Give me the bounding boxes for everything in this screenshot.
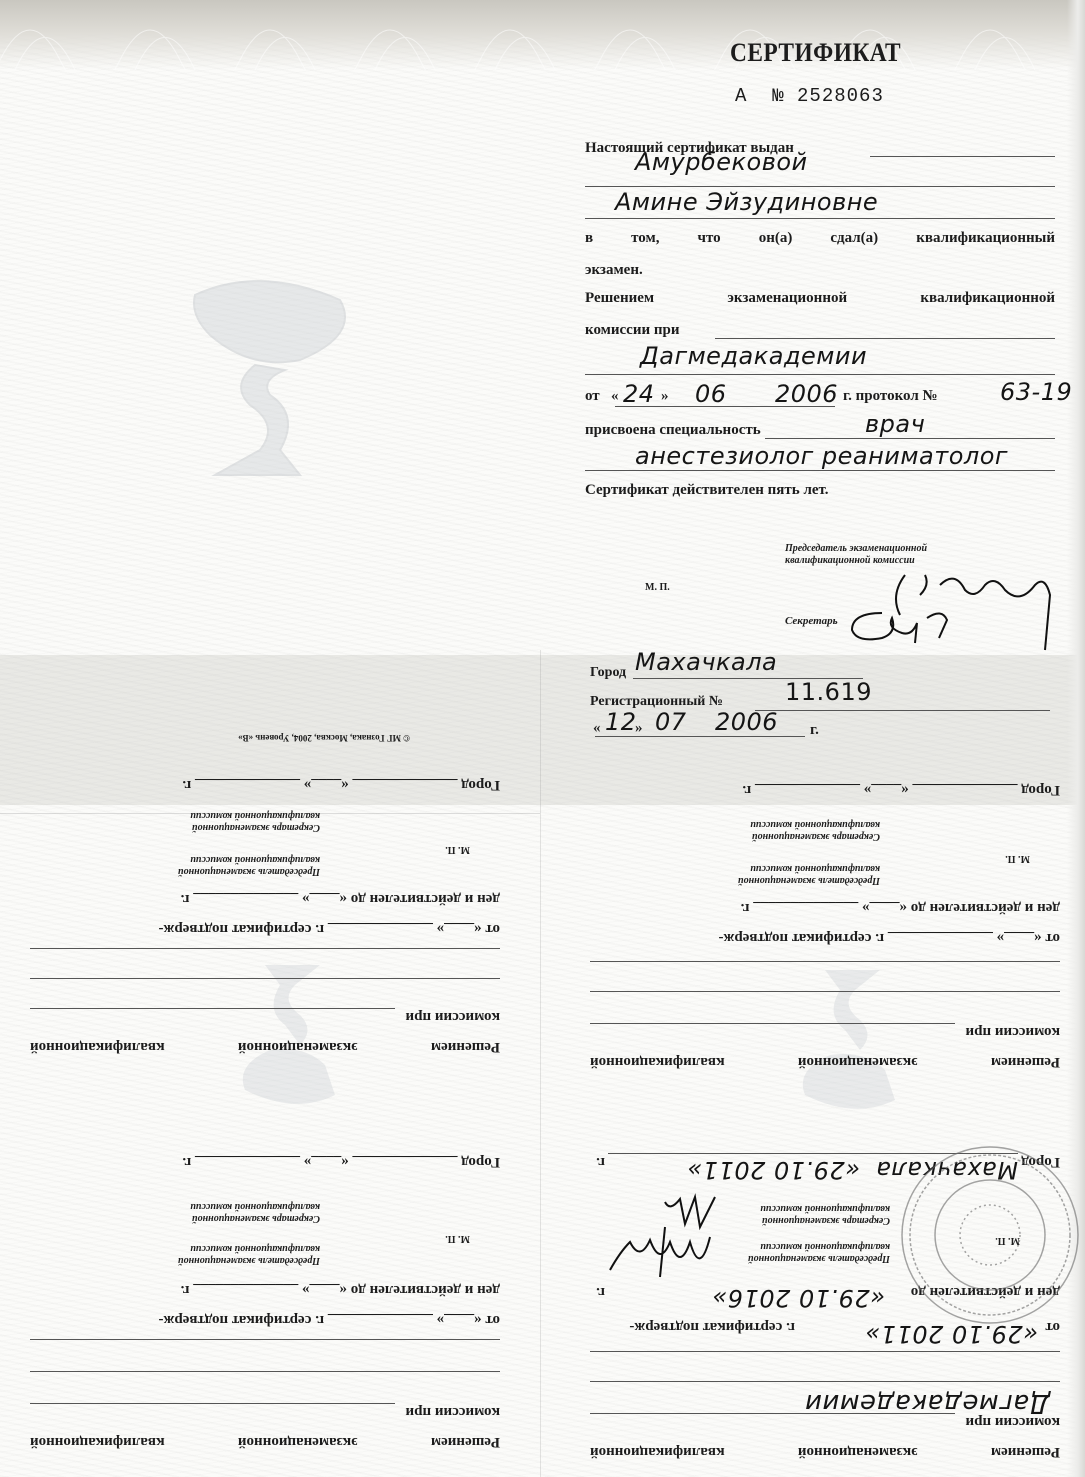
reg-date-day: 12 — [605, 708, 637, 736]
year-suffix: г. — [596, 1283, 605, 1300]
fill-line — [590, 991, 1060, 992]
decision-line-2: комиссии при — [406, 1008, 501, 1025]
confirm-line-1: от «____» ______________ г. сертификат п… — [719, 929, 1061, 946]
exam-date-day: 24 — [623, 380, 655, 408]
secretary-label: Секретарь экзаменационной квалификационн… — [190, 1200, 320, 1224]
decision-line-2: комиссии при — [406, 1403, 501, 1420]
printer-note: © МГ Гознака, Москва, 2004, Уровень «В» — [238, 733, 410, 743]
seal-label: М. П. — [1005, 853, 1030, 864]
city-value: Махачкала — [635, 648, 777, 676]
fill-line — [585, 470, 1055, 471]
quote-open: « — [611, 388, 619, 405]
decision-line-1: Решением экзаменационной квалификационно… — [590, 1443, 1060, 1460]
date-prefix: от — [585, 388, 600, 405]
specialty-label: присвоена специальность — [585, 422, 761, 439]
decision-line-1: Решением экзаменационной квалификационно… — [590, 1053, 1060, 1070]
institution: Дагмедакадемии — [805, 1388, 1050, 1418]
renewal-block-empty-2: Решением экзаменационной квалификационно… — [30, 725, 500, 1055]
renewal-block-empty-1: Решением экзаменационной квалификационно… — [30, 1100, 500, 1450]
fill-line — [30, 1008, 395, 1009]
secretary-label: Секретарь — [785, 615, 838, 627]
quote-close: » — [661, 388, 669, 405]
renewal-block-empty-3: Решением экзаменационной квалификационно… — [590, 735, 1060, 1070]
hygieia-bowl-emblem-icon — [190, 275, 370, 485]
certificate-number: А № 2528063 — [735, 85, 884, 107]
fill-line — [30, 1371, 500, 1372]
fill-line — [585, 218, 1055, 219]
protocol-label: г. протокол № — [843, 388, 938, 405]
confirm-line-2: ден и действителен до «____» ___________… — [741, 899, 1060, 916]
secretary-label: Секретарь экзаменационной квалификационн… — [760, 1202, 890, 1226]
round-seal-stamp-icon — [895, 1140, 1085, 1330]
seal-label: М. П. — [445, 1233, 470, 1244]
fill-line — [30, 978, 500, 979]
year-suffix: г. — [596, 1153, 605, 1170]
specialty-line-1: врач — [865, 410, 925, 438]
specialty-line-2: анестезиолог реаниматолог — [635, 442, 1008, 470]
confirm-line-2: ден и действителен до «____» ___________… — [181, 1281, 500, 1298]
fill-line — [585, 374, 1055, 375]
fill-line — [715, 338, 1055, 339]
fill-line — [590, 1351, 1060, 1352]
confirm-line-1: от «____» ______________ г. сертификат п… — [159, 1311, 501, 1328]
secretary-signature — [660, 1192, 720, 1232]
decision-line-2: комиссии при — [966, 1023, 1061, 1040]
fill-line — [585, 186, 1055, 187]
certificate-title: СЕРТИФИКАТ — [730, 38, 901, 68]
decision-line-1: Решением экзаменационной квалификационно… — [30, 1038, 500, 1055]
protocol-number: 63-19 — [1000, 378, 1072, 406]
passed-text: в том, что он(а) сдал(а) квалификационны… — [585, 230, 1055, 247]
chairman-label: Председатель экзаменационной квалификаци… — [748, 1240, 890, 1264]
secretary-signature — [847, 598, 967, 648]
fill-line — [590, 1381, 1060, 1382]
secretary-label: Секретарь экзаменационной квалификационн… — [750, 818, 880, 842]
holder-name: Амине Эйзудиновне — [615, 188, 878, 216]
fill-line — [590, 1023, 955, 1024]
fill-line — [765, 438, 1055, 439]
passed-text-2: экзамен. — [585, 262, 643, 279]
holder-surname: Амурбековой — [635, 148, 808, 176]
seal-label: М. П. — [445, 844, 470, 855]
validity-text: Сертификат действителен пять лет. — [585, 482, 829, 499]
exam-date-month: 06 — [695, 380, 727, 408]
fill-line — [615, 406, 835, 407]
chairman-label: Председатель экзаменационной квалификаци… — [178, 1242, 320, 1266]
city-label: Город — [590, 665, 626, 681]
chairman-label: Председатель экзаменационной квалификаци… — [178, 853, 320, 877]
reg-date-month: 07 — [655, 708, 687, 736]
fill-line — [30, 1403, 395, 1404]
decision-line-2: комиссии при — [585, 322, 680, 339]
fill-line — [590, 961, 1060, 962]
reg-number: 11.619 — [785, 678, 872, 706]
valid-date: «29.10 2016» — [712, 1284, 885, 1312]
city-line: Город ______________ «____» ____________… — [742, 781, 1060, 798]
seal-label: М. П. — [645, 582, 670, 593]
fill-line — [30, 948, 500, 949]
decision-line-1: Решением экзаменационной квалификационно… — [585, 290, 1055, 307]
institution: Дагмедакадемии — [640, 342, 867, 370]
confirm-line-1: от «____» ______________ г. сертификат п… — [159, 920, 501, 937]
city-line: Город ______________ «____» ____________… — [182, 1153, 500, 1170]
chairman-label: Председатель экзаменационной квалификаци… — [738, 862, 880, 886]
guilloche-pattern — [0, 0, 1085, 70]
fill-line — [755, 710, 1050, 711]
reg-date-year: 2006 — [715, 708, 778, 736]
fold-line — [540, 650, 541, 1477]
decision-line-1: Решением экзаменационной квалификационно… — [30, 1433, 500, 1450]
exam-date-year: 2006 — [775, 380, 838, 408]
city-line: Город ______________ «____» ____________… — [182, 776, 500, 793]
confirm-line-2: ден и действителен до «____» ___________… — [181, 890, 500, 907]
secretary-label: Секретарь экзаменационной квалификационн… — [190, 809, 320, 833]
fill-line — [30, 1339, 500, 1340]
city-date: «29.10 2011» — [687, 1156, 860, 1184]
confirm-suffix: г. сертификат подтверж- — [629, 1318, 795, 1335]
fill-line — [870, 156, 1055, 157]
